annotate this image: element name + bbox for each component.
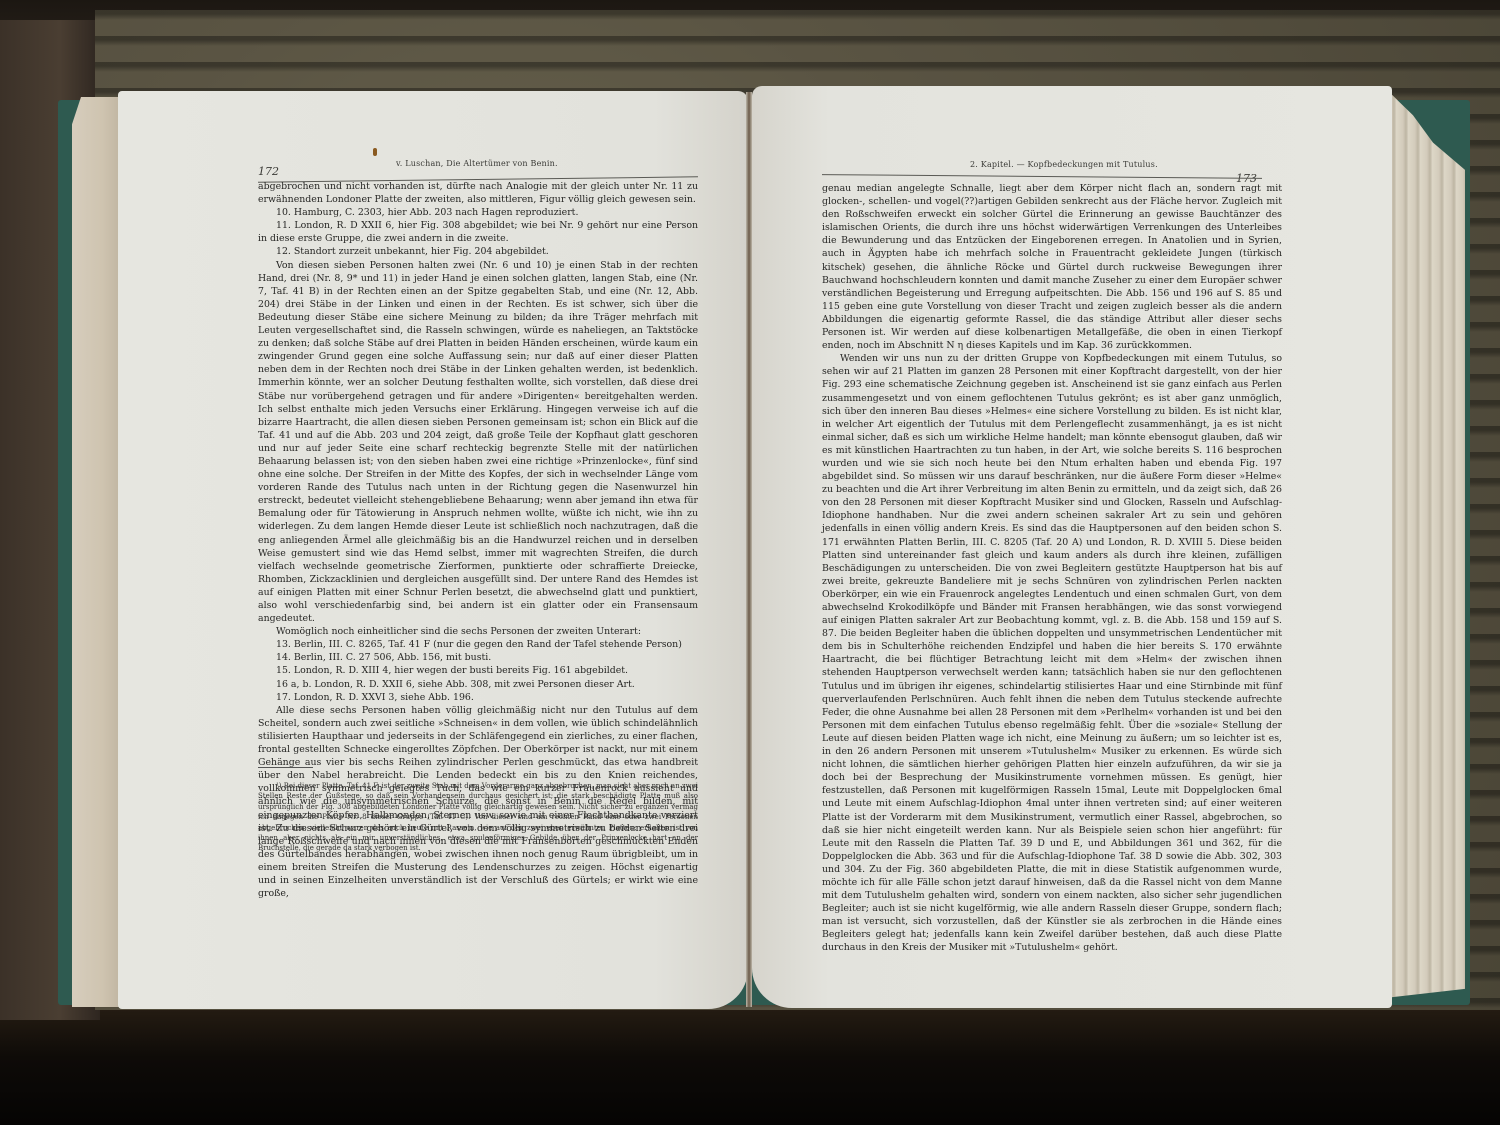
list-item: 16 a, b. London, R. D. XXII 6, siehe Abb…: [258, 678, 698, 691]
body-text: genau median angelegte Schnalle, liegt a…: [822, 182, 1282, 955]
list-item: 15. London, R. D. XIII 4, hier wegen der…: [258, 664, 698, 677]
paragraph: genau median angelegte Schnalle, liegt a…: [822, 182, 1282, 352]
list-item: 17. London, R. D. XXVI 3, siehe Abb. 196…: [258, 691, 698, 704]
list-item: 14. Berlin, III. C. 27 506, Abb. 156, mi…: [258, 651, 698, 664]
list-item: 13. Berlin, III. C. 8265, Taf. 41 F (nur…: [258, 638, 698, 651]
paragraph: Womöglich noch einheitlicher sind die se…: [258, 625, 698, 638]
paragraph: Wenden wir uns nun zu der dritten Gruppe…: [822, 352, 1282, 954]
page-number: 172: [258, 165, 279, 178]
paragraph: Von diesen sieben Personen halten zwei (…: [258, 259, 698, 626]
paragraph: abgebrochen und nicht vorhanden ist, dür…: [258, 180, 698, 206]
list-item: 12. Standort zurzeit unbekannt, hier Fig…: [258, 245, 698, 258]
header-rule: [822, 174, 1262, 179]
running-head: v. Luschan, Die Altertümer von Benin.: [396, 159, 558, 168]
list-item: 11. London, R. D XXII 6, hier Fig. 308 a…: [258, 219, 698, 245]
footnote-rule: [258, 767, 313, 768]
right-page: 2. Kapitel. — Kopfbedeckungen mit Tutulu…: [752, 86, 1392, 1008]
footnote-text: ¹) Bei dieser Platte, Taf. 41 F, ist der…: [258, 781, 698, 854]
left-page-block-edge: [72, 97, 122, 1007]
list-item: 10. Hamburg, C. 2303, hier Abb. 203 nach…: [258, 206, 698, 219]
running-head: 2. Kapitel. — Kopfbedeckungen mit Tutulu…: [970, 160, 1158, 169]
ink-spot: [373, 148, 377, 156]
left-page: 172 v. Luschan, Die Altertümer von Benin…: [118, 91, 748, 1009]
right-page-block-edge: [1385, 88, 1465, 998]
footnote: ¹) Bei dieser Platte, Taf. 41 F, ist der…: [258, 781, 698, 854]
